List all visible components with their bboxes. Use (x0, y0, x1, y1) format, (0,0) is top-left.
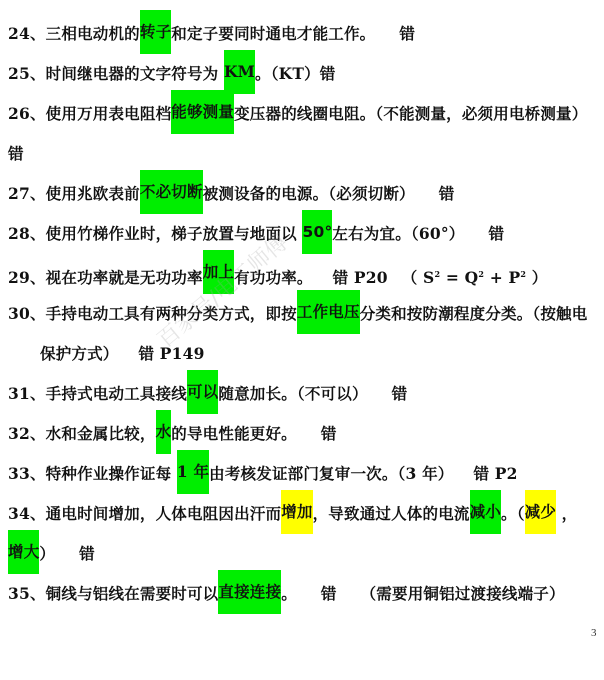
green-highlight: 减小 (470, 490, 501, 534)
text: 铜线与铝线在需要时可以 (46, 584, 219, 603)
item-26-continued: 错 (8, 134, 24, 174)
item-number: 27、 (8, 184, 46, 203)
formula: （ S2 = Q2 + P2 ） (402, 268, 548, 287)
item-number: 26、 (8, 104, 46, 123)
text: 水和金属比较， (46, 424, 156, 443)
item-34-continued: 增大）错 (8, 534, 95, 574)
text: ） (39, 544, 55, 563)
verdict: 错 (392, 384, 408, 403)
text: 分类和按防潮程度分类。（按触电 (360, 304, 588, 323)
yellow-highlight: 减少 (525, 490, 556, 534)
item-number: 24、 (8, 24, 46, 43)
text: 。 (281, 584, 297, 603)
green-highlight: 水 (156, 410, 172, 454)
green-highlight: 增大 (8, 530, 39, 574)
item-26: 26、使用万用表电阻档能够测量变压器的线圈电阻。（不能测量，必须用电桥测量） (8, 94, 587, 134)
verdict: 错 (488, 224, 504, 243)
green-highlight: KM (224, 50, 255, 94)
item-33: 33、特种作业操作证每 1 年由考核发证部门复审一次。（3 年）错 P2 (8, 454, 518, 494)
item-34: 34、通电时间增加，人体电阻因出汗而增加，导致通过人体的电流减小。（减少 ， (8, 494, 577, 534)
correction-note: （需要用铜铝过渡接线端子） (361, 584, 565, 603)
verdict: 错 (399, 24, 415, 43)
text: 保护方式） (40, 344, 119, 363)
text: 由考核发证部门复审一次。（3 年） (209, 464, 453, 483)
verdict: 错 (8, 144, 24, 163)
text: 手持电动工具有两种分类方式，即按 (46, 304, 297, 323)
verdict: 错 (321, 424, 337, 443)
item-29: 29、视在功率就是无功功率加上有功功率。错 P20（ S2 = Q2 + P2 … (8, 254, 547, 294)
text: 的导电性能更好。 (171, 424, 297, 443)
item-31: 31、手持式电动工具接线可以随意加长。（不可以）错 (8, 374, 407, 414)
page-number: 3 (591, 627, 597, 639)
verdict: 错 (79, 544, 95, 563)
text: 左右为宜。（60°） (332, 224, 464, 243)
yellow-highlight: 增加 (281, 490, 312, 534)
item-number: 25、 (8, 64, 46, 83)
verdict-page-ref: 错 P2 (474, 464, 518, 483)
text: 手持式电动工具接线 (46, 384, 187, 403)
text: 。（ (501, 504, 525, 523)
item-35: 35、铜线与铝线在需要时可以直接连接。错（需要用铜铝过渡接线端子） (8, 574, 565, 614)
green-highlight: 能够测量 (171, 90, 234, 134)
verdict-page-ref: 错 P20 (333, 268, 388, 287)
text: 三相电动机的 (46, 24, 140, 43)
item-number: 29、 (8, 268, 46, 287)
item-32: 32、水和金属比较，水的导电性能更好。错 (8, 414, 337, 454)
text: 通电时间增加，人体电阻因出汗而 (46, 504, 282, 523)
item-30-continued: 保护方式）错 P149 (40, 334, 205, 374)
item-number: 28、 (8, 224, 46, 243)
text: 随意加长。（不可以） (218, 384, 367, 403)
green-highlight: 直接连接 (218, 570, 281, 614)
text: 变压器的线圈电阻。（不能测量，必须用电桥测量） (234, 104, 587, 123)
verdict: 错 (439, 184, 455, 203)
text: ，导致通过人体的电流 (313, 504, 470, 523)
item-27: 27、使用兆欧表前不必切断被测设备的电源。（必须切断）错 (8, 174, 454, 214)
item-25: 25、时间继电器的文字符号为 KM。（KT）错 (8, 54, 335, 94)
green-highlight: 可以 (187, 370, 218, 414)
green-highlight: 不必切断 (140, 170, 203, 214)
green-highlight: 加上 (203, 250, 234, 294)
text: 和定子要同时通电才能工作。 (171, 24, 375, 43)
text: 视在功率就是无功功率 (46, 268, 203, 287)
verdict-page-ref: 错 P149 (139, 344, 205, 363)
text: 使用竹梯作业时，梯子放置与地面以 (46, 224, 303, 243)
text: 使用万用表电阻档 (46, 104, 172, 123)
text: ， (556, 504, 577, 523)
verdict: 错 (321, 584, 337, 603)
item-number: 30、 (8, 304, 46, 323)
green-highlight: 转子 (140, 10, 171, 54)
item-number: 32、 (8, 424, 46, 443)
text: 。（KT）错 (255, 64, 335, 83)
item-number: 31、 (8, 384, 46, 403)
document-page: 24、三相电动机的转子和定子要同时通电才能工作。错 25、时间继电器的文字符号为… (0, 0, 604, 680)
item-number: 35、 (8, 584, 46, 603)
green-highlight: 工作电压 (297, 290, 360, 334)
item-24: 24、三相电动机的转子和定子要同时通电才能工作。错 (8, 14, 415, 54)
green-highlight: 1 年 (177, 450, 209, 494)
green-highlight: 50° (302, 210, 332, 254)
item-30: 30、手持电动工具有两种分类方式，即按工作电压分类和按防潮程度分类。（按触电 (8, 294, 587, 334)
item-28: 28、使用竹梯作业时，梯子放置与地面以 50°左右为宜。（60°）错 (8, 214, 504, 254)
text: 有功功率。 (234, 268, 313, 287)
text: 使用兆欧表前 (46, 184, 140, 203)
text: 特种作业操作证每 (46, 464, 177, 483)
text: 被测设备的电源。（必须切断） (203, 184, 415, 203)
text: 时间继电器的文字符号为 (46, 64, 224, 83)
item-number: 34、 (8, 504, 46, 523)
item-number: 33、 (8, 464, 46, 483)
